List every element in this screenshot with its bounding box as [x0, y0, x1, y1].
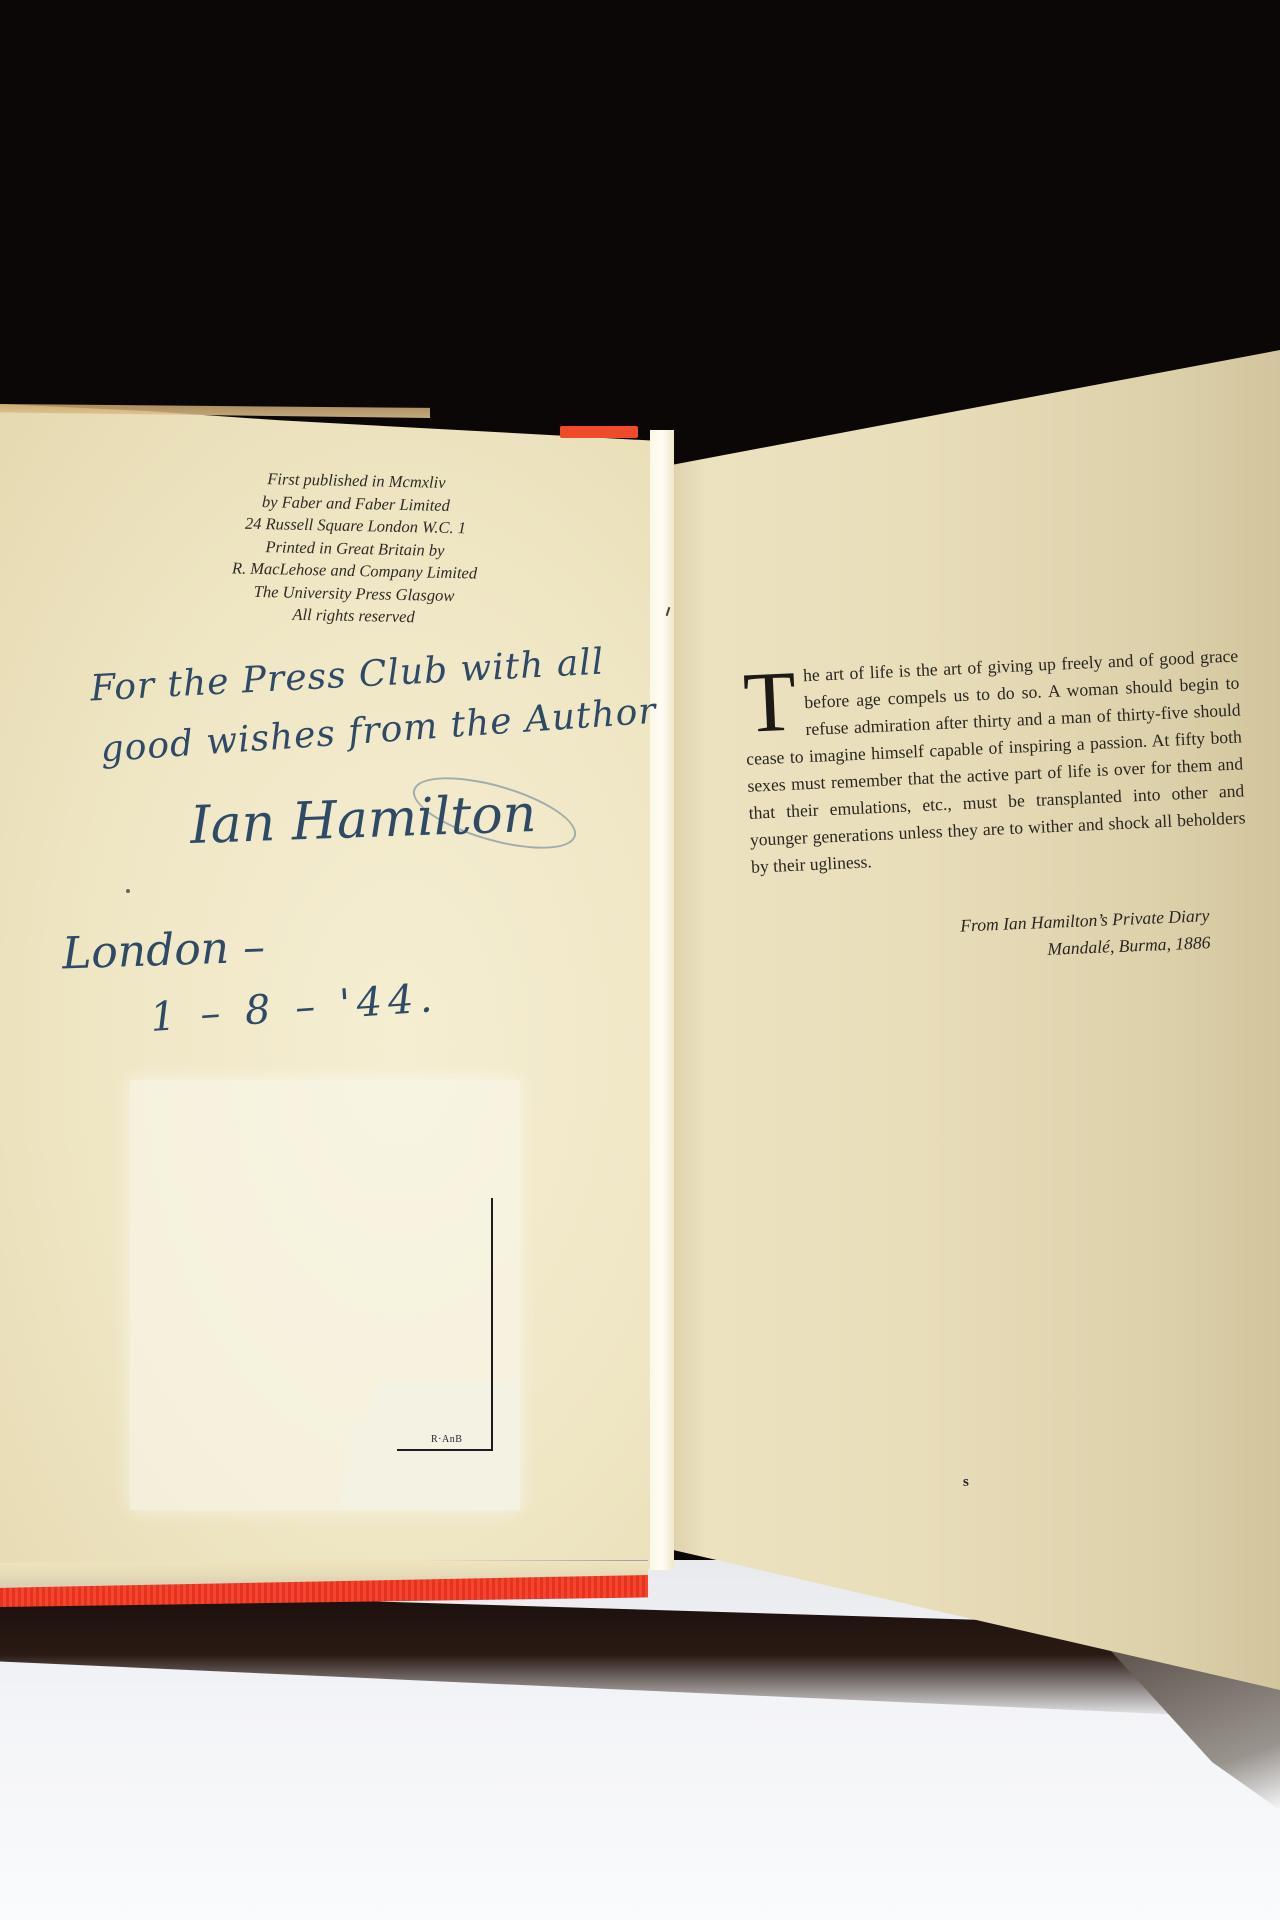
inscription-place: London – [61, 921, 266, 979]
red-cover-corner [560, 426, 638, 438]
bookplate-border-vertical [491, 1198, 493, 1450]
epigraph-paragraph: The art of life is the art of giving up … [742, 642, 1247, 880]
book-gutter [650, 430, 674, 1570]
bookplate-mark: R·AnB [431, 1434, 462, 1445]
imprint-block: First published in Mcmxliv by Faber and … [203, 467, 506, 631]
epigraph-text: he art of life is the art of giving up f… [746, 645, 1246, 876]
ink-dot [126, 889, 130, 893]
signature-mark: s [963, 1474, 969, 1491]
author-signature: Ian Hamilton [189, 784, 537, 856]
drop-cap: T [742, 669, 797, 735]
right-page [670, 350, 1280, 1690]
bookplate-border-horizontal [397, 1449, 493, 1451]
